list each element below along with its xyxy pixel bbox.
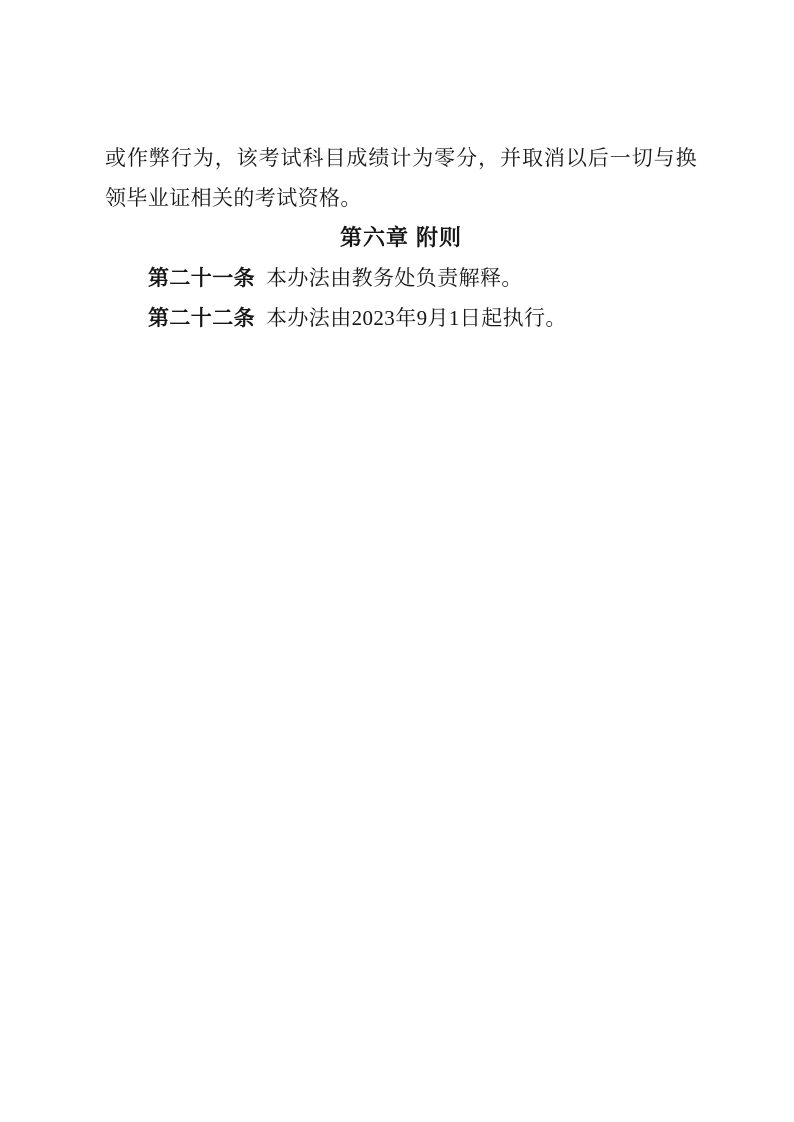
article-text: 本办法由2023年9月1日起执行。	[266, 306, 567, 330]
article-paragraph: 第二十二条本办法由2023年9月1日起执行。	[105, 298, 697, 338]
article-paragraph: 第二十一条本办法由教务处负责解释。	[105, 258, 697, 298]
document-page: 或作弊行为，该考试科目成绩计为零分，并取消以后一切与换领毕业证相关的考试资格。 …	[0, 0, 794, 1122]
continuation-paragraph: 或作弊行为，该考试科目成绩计为零分，并取消以后一切与换领毕业证相关的考试资格。	[105, 138, 697, 218]
article-number: 第二十二条	[148, 306, 255, 330]
article-text: 本办法由教务处负责解释。	[266, 266, 523, 290]
article-number: 第二十一条	[148, 266, 255, 290]
chapter-heading: 第六章 附则	[105, 218, 697, 258]
